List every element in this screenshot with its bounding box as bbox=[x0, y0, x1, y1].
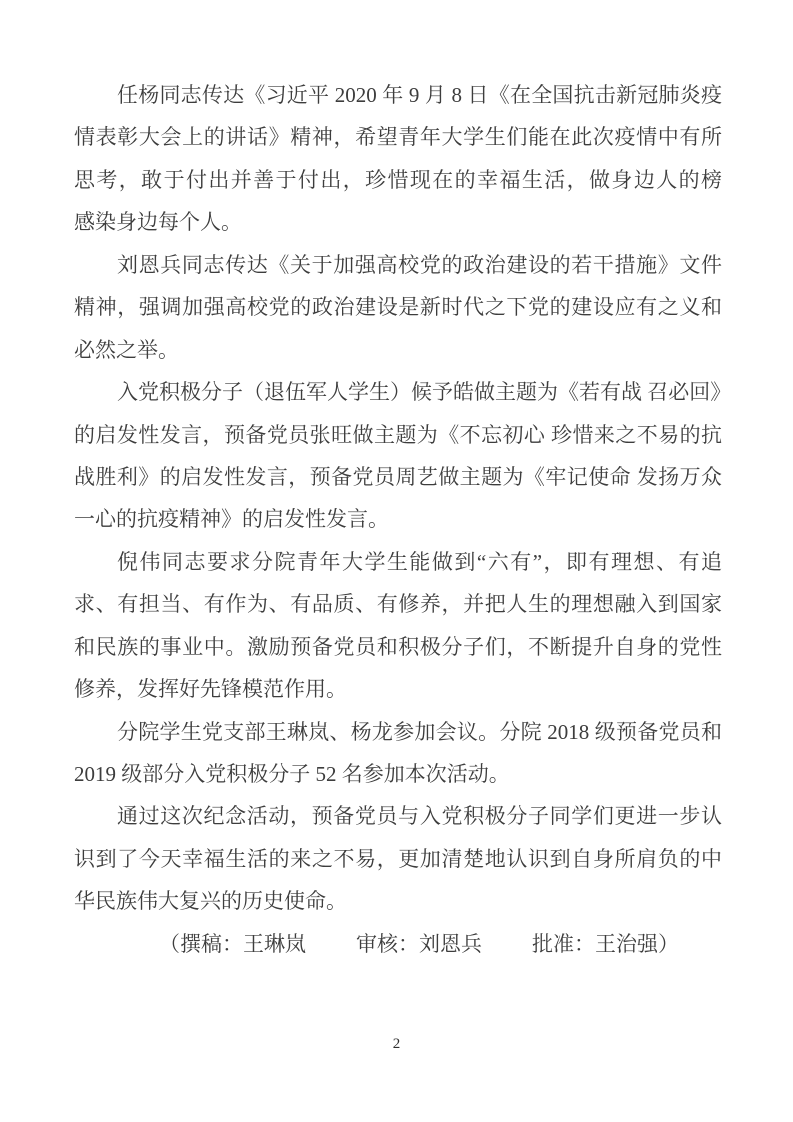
signature-approver: 批准：王治强） bbox=[532, 923, 679, 965]
paragraph: 分院学生党支部王琳岚、杨龙参加会议。分院 2018 级预备党员和 2019 级部… bbox=[74, 711, 722, 796]
paragraph-line: 华民族伟大复兴的历史使命。 bbox=[74, 880, 722, 922]
signature-reviewer: 审核：刘恩兵 bbox=[356, 923, 482, 965]
paragraph: 刘恩兵同志传达《关于加强高校党的政治建设的若干措施》文件 精神，强调加强高校党的… bbox=[74, 244, 722, 371]
paragraph-line: 和民族的事业中。激励预备党员和积极分子们，不断提升自身的党性 bbox=[74, 626, 722, 668]
paragraph-line: 感染身边每个人。 bbox=[74, 201, 722, 243]
signature-line: （撰稿：王琳岚 审核：刘恩兵 批准：王治强） bbox=[159, 923, 722, 965]
paragraph-line: 倪伟同志要求分院青年大学生能做到“六有”，即有理想、有追 bbox=[74, 541, 722, 583]
paragraph: 入党积极分子（退伍军人学生）候予皓做主题为《若有战 召必回》 的启发性发言，预备… bbox=[74, 371, 722, 541]
paragraph: 倪伟同志要求分院青年大学生能做到“六有”，即有理想、有追 求、有担当、有作为、有… bbox=[74, 541, 722, 711]
paragraph-line: 一心的抗疫精神》的启发性发言。 bbox=[74, 498, 722, 540]
paragraph-line: 精神，强调加强高校党的政治建设是新时代之下党的建设应有之义和 bbox=[74, 286, 722, 328]
paragraph-line: 分院学生党支部王琳岚、杨龙参加会议。分院 2018 级预备党员和 bbox=[74, 711, 722, 753]
paragraph: 通过这次纪念活动，预备党员与入党积极分子同学们更进一步认 识到了今天幸福生活的来… bbox=[74, 795, 722, 922]
document-page: 任杨同志传达《习近平 2020 年 9 月 8 日《在全国抗击新冠肺炎疫 情表彰… bbox=[0, 0, 793, 1122]
paragraph-line: 修养，发挥好先锋模范作用。 bbox=[74, 668, 722, 710]
paragraph-line: 2019 级部分入党积极分子 52 名参加本次活动。 bbox=[74, 753, 722, 795]
paragraph: 任杨同志传达《习近平 2020 年 9 月 8 日《在全国抗击新冠肺炎疫 情表彰… bbox=[74, 74, 722, 244]
page-number: 2 bbox=[0, 1034, 793, 1054]
paragraph-line: 识到了今天幸福生活的来之不易，更加清楚地认识到自身所肩负的中 bbox=[74, 838, 722, 880]
signature-drafter: （撰稿：王琳岚 bbox=[159, 923, 306, 965]
paragraph-line: 通过这次纪念活动，预备党员与入党积极分子同学们更进一步认 bbox=[74, 795, 722, 837]
paragraph-line: 情表彰大会上的讲话》精神，希望青年大学生们能在此次疫情中有所 bbox=[74, 116, 722, 158]
paragraph-line: 任杨同志传达《习近平 2020 年 9 月 8 日《在全国抗击新冠肺炎疫 bbox=[74, 74, 722, 116]
paragraph-line: 战胜利》的启发性发言，预备党员周艺做主题为《牢记使命 发扬万众 bbox=[74, 456, 722, 498]
document-body: 任杨同志传达《习近平 2020 年 9 月 8 日《在全国抗击新冠肺炎疫 情表彰… bbox=[74, 74, 722, 965]
paragraph-line: 思考，敢于付出并善于付出，珍惜现在的幸福生活，做身边人的榜样， bbox=[74, 159, 722, 201]
paragraph-line: 刘恩兵同志传达《关于加强高校党的政治建设的若干措施》文件 bbox=[74, 244, 722, 286]
paragraph-line: 必然之举。 bbox=[74, 329, 722, 371]
paragraph-line: 入党积极分子（退伍军人学生）候予皓做主题为《若有战 召必回》 bbox=[74, 371, 722, 413]
paragraph-line: 求、有担当、有作为、有品质、有修养，并把人生的理想融入到国家 bbox=[74, 583, 722, 625]
paragraph-line: 的启发性发言，预备党员张旺做主题为《不忘初心 珍惜来之不易的抗 bbox=[74, 414, 722, 456]
